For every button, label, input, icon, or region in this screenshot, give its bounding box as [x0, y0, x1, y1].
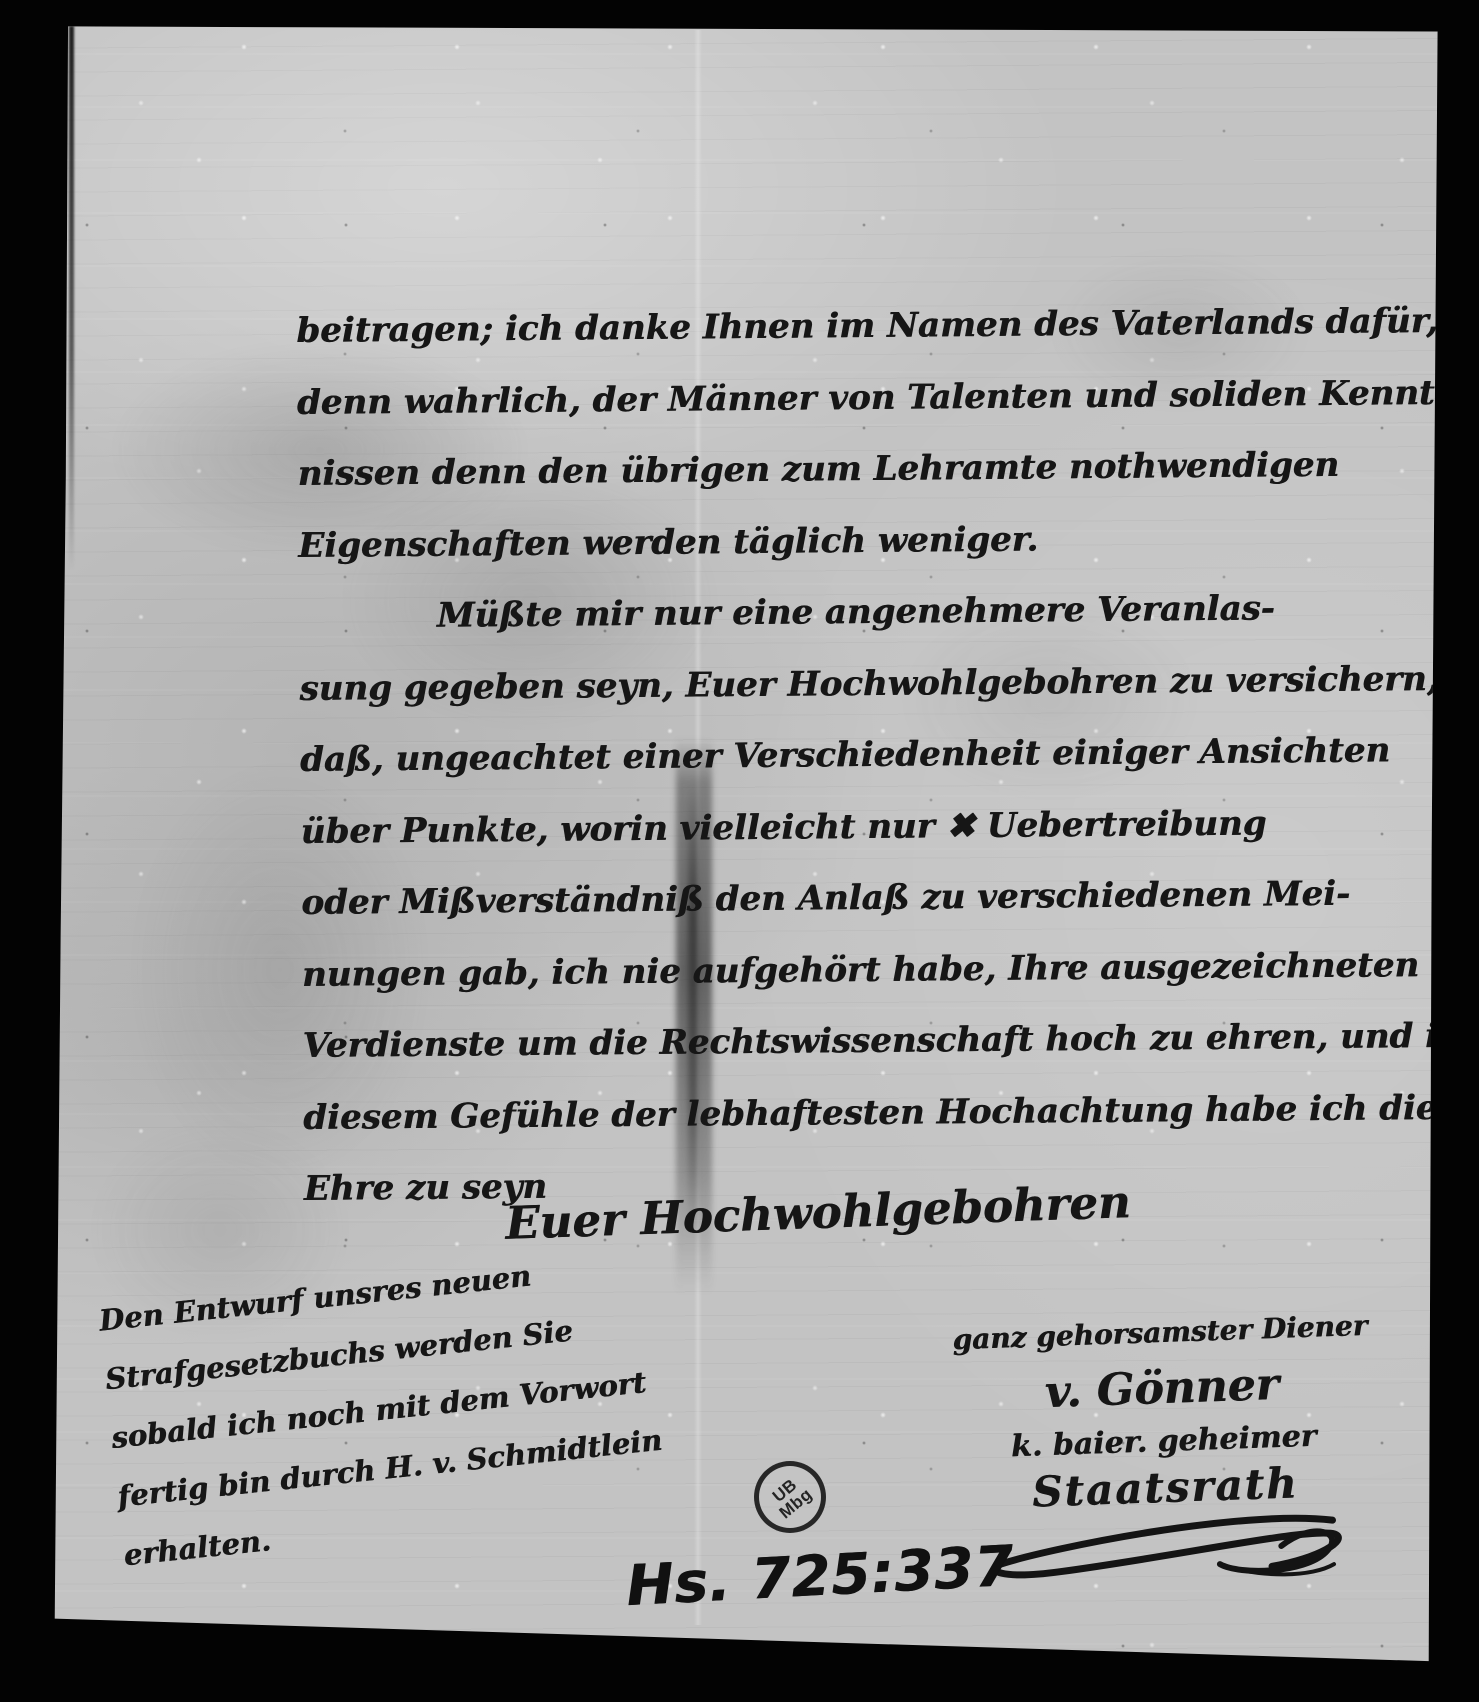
- letter-line: denn wahrlich, der Männer von Talenten u…: [297, 359, 1298, 439]
- letter-line: diesem Gefühle der lebhaftesten Hochacht…: [303, 1074, 1304, 1154]
- marginal-note: Den Entwurf unsres neuen Strafgesetzbuch…: [96, 1235, 671, 1586]
- letter-line: Eigenschaften werden täglich weniger.: [298, 502, 1299, 582]
- letter-line: nungen gab, ich nie aufgehört habe, Ihre…: [302, 931, 1303, 1011]
- signature-name: v. Gönner: [943, 1355, 1381, 1421]
- letter-line: Verdienste um die Rechtswissenschaft hoc…: [302, 1002, 1303, 1082]
- shelfmark: Hs. 725:337: [625, 1534, 1016, 1619]
- letter-line: beitragen; ich danke Ihnen im Namen des …: [296, 287, 1297, 367]
- letter-line: über Punkte, worin vielleicht nur ✖ Uebe…: [300, 788, 1301, 868]
- letter-line: oder Mißverständniß den Anlaß zu verschi…: [301, 859, 1302, 939]
- signature-valediction: ganz gehorsamster Diener: [941, 1308, 1378, 1356]
- library-stamp-text: UB Mbg: [765, 1472, 815, 1521]
- letter-body: beitragen; ich danke Ihnen im Namen des …: [296, 287, 1304, 1225]
- letter-line: daß, ungeachtet einer Verschiedenheit ei…: [300, 716, 1301, 796]
- left-edge-crease: [69, 26, 74, 571]
- letter-line: Müßte mir nur eine angenehmere Veranlas-: [298, 573, 1299, 653]
- letter-page: beitragen; ich danke Ihnen im Namen des …: [0, 0, 1479, 1702]
- letter-line: nissen denn den übrigen zum Lehramte not…: [297, 430, 1298, 510]
- scanned-letter: beitragen; ich danke Ihnen im Namen des …: [0, 0, 1479, 1702]
- library-stamp: UB Mbg: [754, 1461, 826, 1533]
- letter-line: sung gegeben seyn, Euer Hochwohlgebohren…: [299, 645, 1300, 725]
